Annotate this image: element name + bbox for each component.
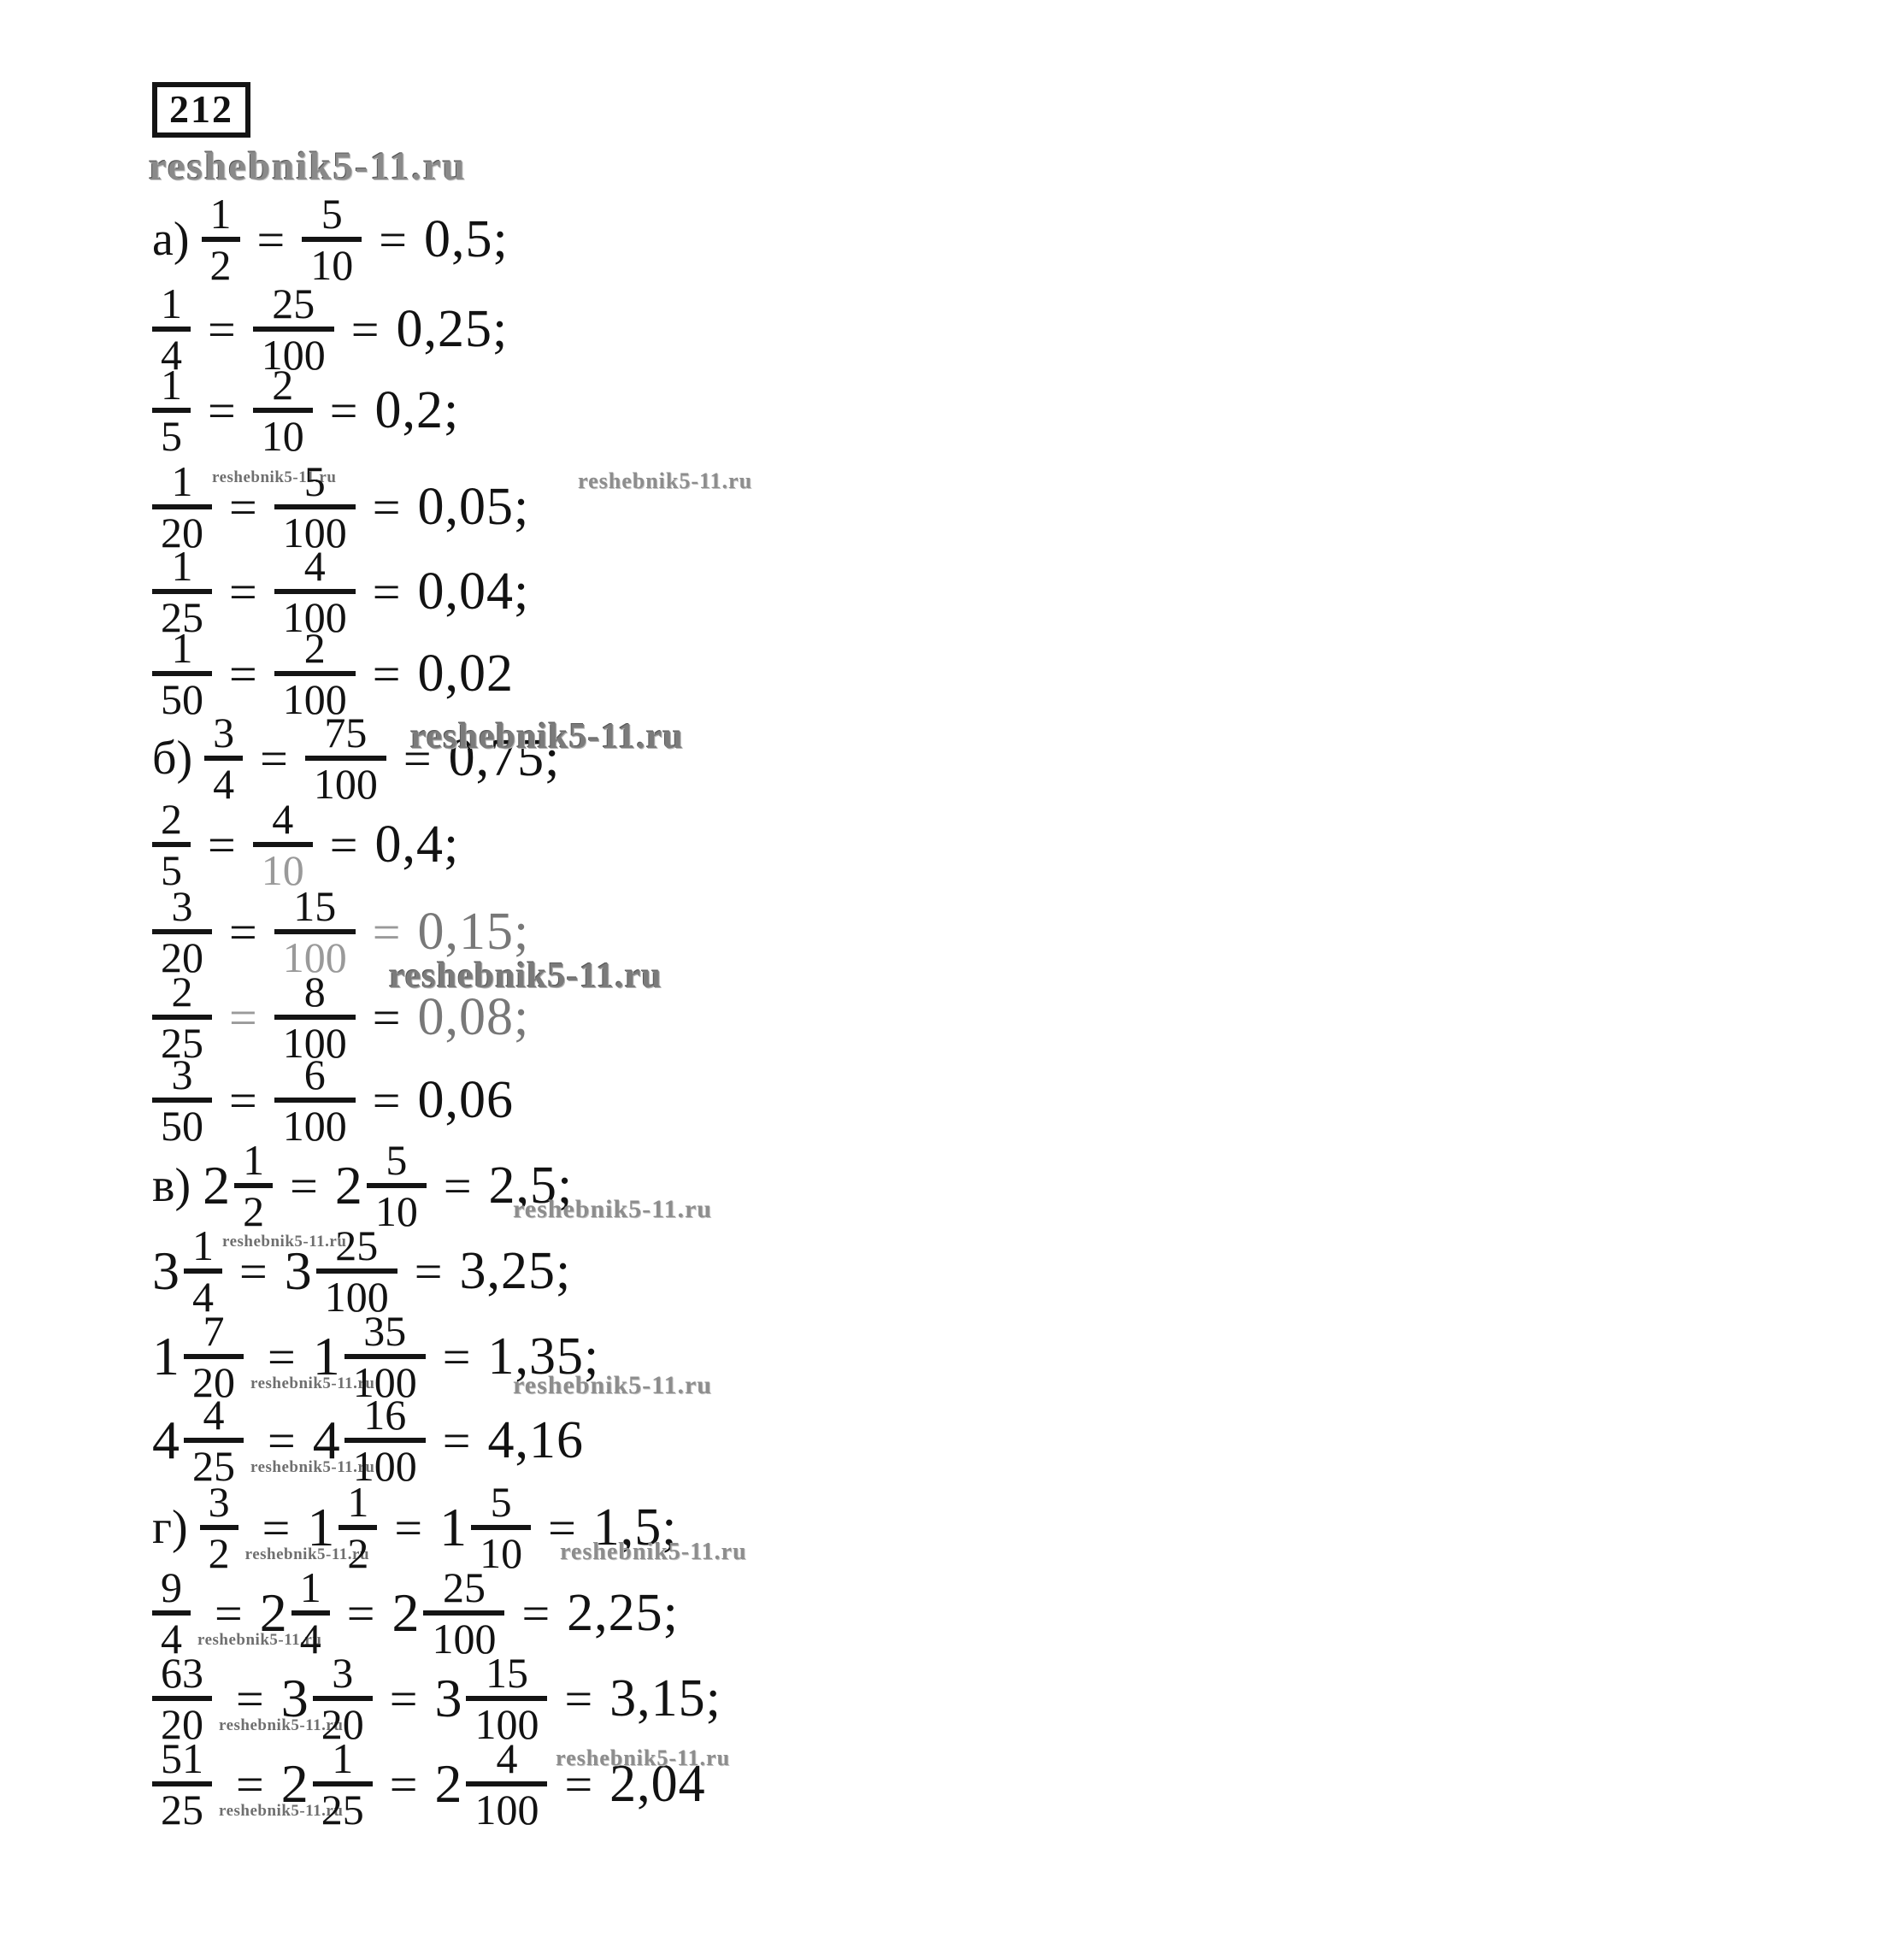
mixed-number: 2510 bbox=[335, 1137, 427, 1234]
fraction: 15100 bbox=[466, 1650, 547, 1747]
equals-sign: = bbox=[415, 1243, 443, 1300]
equals-sign: = bbox=[268, 1328, 296, 1386]
fraction: 4100 bbox=[466, 1735, 547, 1833]
watermark: reshebnik5-11.ru bbox=[389, 956, 662, 997]
fraction: 14 bbox=[291, 1564, 330, 1662]
watermark: reshebnik5-11.ru bbox=[513, 1195, 712, 1224]
decimal-result: 0,06 bbox=[417, 1070, 514, 1131]
mixed-number: 1510 bbox=[439, 1479, 531, 1576]
section-label: б) bbox=[152, 731, 192, 786]
fraction-numerator: 63 bbox=[152, 1650, 212, 1696]
decimal-result: 0,04; bbox=[417, 562, 529, 622]
mixed-number: 225100 bbox=[392, 1564, 504, 1662]
equals-sign: = bbox=[236, 1670, 264, 1728]
decimal-result: 0,25; bbox=[396, 299, 508, 360]
fraction: 5125 bbox=[152, 1735, 212, 1833]
fraction-numerator: 7 bbox=[195, 1308, 233, 1354]
fraction-numerator: 8 bbox=[296, 968, 334, 1015]
watermark: reshebnik5-11.ru bbox=[556, 1745, 730, 1771]
section-label: в) bbox=[152, 1158, 191, 1213]
equals-sign: = bbox=[239, 1243, 268, 1300]
fraction-numerator: 15 bbox=[477, 1650, 537, 1696]
fraction: 510 bbox=[302, 191, 362, 288]
fraction: 425 bbox=[184, 1392, 244, 1489]
equals-sign: = bbox=[215, 1585, 243, 1642]
fraction: 32 bbox=[200, 1479, 238, 1576]
equals-sign: = bbox=[229, 903, 257, 961]
decimal-result: 0,15; bbox=[417, 902, 529, 962]
fraction: 34 bbox=[204, 709, 243, 807]
mixed-number: 212 bbox=[203, 1137, 273, 1234]
fraction-numerator: 35 bbox=[355, 1308, 415, 1354]
whole-part: 4 bbox=[313, 1409, 340, 1472]
fraction: 25 bbox=[152, 796, 191, 893]
whole-part: 2 bbox=[260, 1581, 287, 1645]
fraction: 15 bbox=[152, 362, 191, 459]
fraction-numerator: 3 bbox=[200, 1479, 238, 1525]
fraction-numerator: 4 bbox=[195, 1392, 233, 1438]
fraction-numerator: 4 bbox=[296, 543, 334, 589]
equals-sign: = bbox=[208, 382, 236, 439]
equals-sign: = bbox=[290, 1157, 318, 1215]
decimal-result: 3,25; bbox=[459, 1241, 571, 1302]
fraction: 6100 bbox=[274, 1051, 356, 1149]
decimal-result: 3,15; bbox=[609, 1669, 721, 1729]
equals-sign: = bbox=[351, 301, 380, 358]
fraction: 320 bbox=[313, 1650, 373, 1747]
fraction-numerator: 3 bbox=[163, 1051, 202, 1098]
equals-sign: = bbox=[208, 816, 236, 874]
fraction-numerator: 3 bbox=[323, 1650, 362, 1696]
fraction: 25100 bbox=[316, 1222, 397, 1320]
fraction-numerator: 9 bbox=[152, 1564, 191, 1610]
equations: а)12=510=0,5;14=25100=0,25;15=210=0,2;12… bbox=[0, 0, 1890, 1960]
fraction-denominator: 25 bbox=[152, 1781, 212, 1833]
equals-sign: = bbox=[208, 301, 236, 358]
fraction-numerator: 25 bbox=[263, 280, 323, 327]
fraction-numerator: 1 bbox=[152, 280, 191, 327]
decimal-result: 2,25; bbox=[567, 1583, 679, 1644]
fraction: 12 bbox=[202, 191, 240, 288]
equals-sign: = bbox=[257, 211, 286, 268]
equals-sign: = bbox=[390, 1670, 418, 1728]
fraction: 14 bbox=[184, 1222, 222, 1320]
equals-sign: = bbox=[373, 479, 401, 536]
equals-sign: = bbox=[564, 1670, 592, 1728]
equals-sign: = bbox=[229, 989, 257, 1046]
fraction-numerator: 5 bbox=[482, 1479, 521, 1525]
fraction: 410 bbox=[253, 796, 313, 893]
whole-part: 1 bbox=[313, 1325, 340, 1388]
fraction-numerator: 25 bbox=[327, 1222, 386, 1268]
equals-sign: = bbox=[347, 1585, 375, 1642]
whole-part: 4 bbox=[152, 1409, 180, 1472]
fraction-numerator: 15 bbox=[285, 883, 344, 929]
decimal-result: 0,02 bbox=[417, 644, 514, 704]
fraction-numerator: 5 bbox=[377, 1137, 415, 1183]
equals-sign: = bbox=[373, 1072, 401, 1129]
watermark: reshebnik5-11.ru bbox=[560, 1539, 747, 1566]
fraction: 6320 bbox=[152, 1650, 212, 1747]
whole-part: 2 bbox=[392, 1581, 419, 1645]
fraction-denominator: 100 bbox=[466, 1781, 547, 1833]
equation-line: 25=410=0,4; bbox=[152, 794, 459, 895]
mixed-number: 24100 bbox=[434, 1735, 547, 1833]
mixed-number: 3320 bbox=[281, 1650, 373, 1747]
decimal-result: 4,16 bbox=[487, 1410, 584, 1471]
fraction-numerator: 3 bbox=[204, 709, 243, 756]
fraction-numerator: 75 bbox=[315, 709, 375, 756]
equals-sign: = bbox=[379, 211, 407, 268]
equation-line: 15=210=0,2; bbox=[152, 360, 459, 461]
equals-sign: = bbox=[229, 645, 257, 703]
equals-sign: = bbox=[444, 1157, 472, 1215]
whole-part: 1 bbox=[439, 1496, 467, 1559]
fraction-numerator: 1 bbox=[202, 191, 240, 237]
watermark: reshebnik5-11.ru bbox=[513, 1371, 712, 1400]
decimal-result: 0,4; bbox=[374, 815, 459, 875]
fraction: 350 bbox=[152, 1051, 212, 1149]
mixed-number: 2125 bbox=[281, 1735, 373, 1833]
equation-line: 4425reshebnik5-11.ru=416100=4,16 bbox=[152, 1390, 584, 1491]
equals-sign: = bbox=[262, 1499, 291, 1557]
equals-sign: = bbox=[390, 1756, 418, 1813]
equals-sign: = bbox=[229, 563, 257, 621]
mixed-number: 416100 bbox=[313, 1392, 426, 1489]
equals-sign: = bbox=[521, 1585, 550, 1642]
mixed-number: 214 bbox=[260, 1564, 330, 1662]
equation-line: а)12=510=0,5; bbox=[152, 189, 509, 290]
fraction-numerator: 1 bbox=[184, 1222, 222, 1268]
fraction-numerator: 1 bbox=[163, 458, 202, 504]
fraction: 510 bbox=[471, 1479, 531, 1576]
decimal-result: 0,2; bbox=[374, 380, 459, 441]
mixed-number: 112 bbox=[307, 1479, 377, 1576]
fraction-numerator: 51 bbox=[152, 1735, 212, 1781]
equals-sign: = bbox=[373, 563, 401, 621]
fraction: 75100 bbox=[305, 709, 386, 807]
fraction-numerator: 1 bbox=[323, 1735, 362, 1781]
fraction: 210 bbox=[253, 362, 313, 459]
fraction: 94 bbox=[152, 1564, 191, 1662]
equals-sign: = bbox=[268, 1412, 296, 1469]
fraction-numerator: 1 bbox=[152, 362, 191, 408]
section-label: а) bbox=[152, 212, 190, 267]
fraction-numerator: 1 bbox=[163, 543, 202, 589]
mixed-number: 325100 bbox=[285, 1222, 397, 1320]
equals-sign: = bbox=[443, 1328, 471, 1386]
whole-part: 2 bbox=[434, 1752, 462, 1816]
fraction-numerator: 25 bbox=[434, 1564, 494, 1610]
fraction-numerator: 2 bbox=[263, 362, 302, 408]
equals-sign: = bbox=[260, 730, 288, 787]
fraction: 25100 bbox=[423, 1564, 504, 1662]
fraction: 320 bbox=[152, 883, 212, 980]
whole-part: 3 bbox=[152, 1239, 180, 1303]
fraction: 12 bbox=[234, 1137, 273, 1234]
equals-sign: = bbox=[229, 479, 257, 536]
whole-part: 2 bbox=[335, 1154, 362, 1217]
fraction-numerator: 2 bbox=[152, 796, 191, 842]
equals-sign: = bbox=[373, 903, 401, 961]
fraction-numerator: 16 bbox=[355, 1392, 415, 1438]
decimal-result: 0,5; bbox=[424, 209, 509, 270]
fraction-denominator: 25 bbox=[313, 1781, 373, 1833]
fraction-numerator: 4 bbox=[487, 1735, 526, 1781]
whole-part: 3 bbox=[285, 1239, 312, 1303]
equals-sign: = bbox=[236, 1756, 264, 1813]
equals-sign: = bbox=[330, 382, 358, 439]
fraction-numerator: 1 bbox=[291, 1564, 330, 1610]
equals-sign: = bbox=[229, 1072, 257, 1129]
fraction-numerator: 1 bbox=[163, 625, 202, 671]
fraction: 16100 bbox=[344, 1392, 426, 1489]
fraction-numerator: 6 bbox=[296, 1051, 334, 1098]
fraction-numerator: 1 bbox=[339, 1479, 377, 1525]
decimal-result: 0,05; bbox=[417, 477, 529, 538]
whole-part: 1 bbox=[152, 1325, 180, 1388]
solution-page: 212 reshebnik5-11.ru а)12=510=0,5;14=251… bbox=[0, 0, 1890, 1960]
mixed-number: 315100 bbox=[434, 1650, 547, 1747]
watermark: reshebnik5-11.ru bbox=[410, 716, 684, 757]
equals-sign: = bbox=[394, 1499, 422, 1557]
fraction-numerator: 2 bbox=[163, 968, 202, 1015]
whole-part: 2 bbox=[281, 1752, 309, 1816]
equals-sign: = bbox=[330, 816, 358, 874]
fraction: 510 bbox=[367, 1137, 427, 1234]
fraction: 12 bbox=[339, 1479, 377, 1576]
mixed-number: 314 bbox=[152, 1222, 222, 1320]
fraction-numerator: 5 bbox=[313, 191, 351, 237]
whole-part: 1 bbox=[307, 1496, 334, 1559]
fraction-numerator: 4 bbox=[263, 796, 302, 842]
fraction-numerator: 3 bbox=[163, 883, 202, 929]
equals-sign: = bbox=[373, 989, 401, 1046]
watermark: reshebnik5-11.ru bbox=[578, 468, 752, 494]
fraction: 15100 bbox=[274, 883, 356, 980]
section-label: г) bbox=[152, 1500, 188, 1555]
fraction-numerator: 1 bbox=[234, 1137, 273, 1183]
whole-part: 3 bbox=[434, 1667, 462, 1730]
equals-sign: = bbox=[373, 645, 401, 703]
fraction-denominator: 10 bbox=[253, 408, 313, 459]
fraction-denominator: 5 bbox=[152, 408, 191, 459]
mixed-number: 4425 bbox=[152, 1392, 244, 1489]
fraction: 125 bbox=[313, 1735, 373, 1833]
whole-part: 3 bbox=[281, 1667, 309, 1730]
fraction-numerator: 5 bbox=[296, 458, 334, 504]
fraction-numerator: 2 bbox=[296, 625, 334, 671]
equals-sign: = bbox=[443, 1412, 471, 1469]
whole-part: 2 bbox=[203, 1154, 230, 1217]
